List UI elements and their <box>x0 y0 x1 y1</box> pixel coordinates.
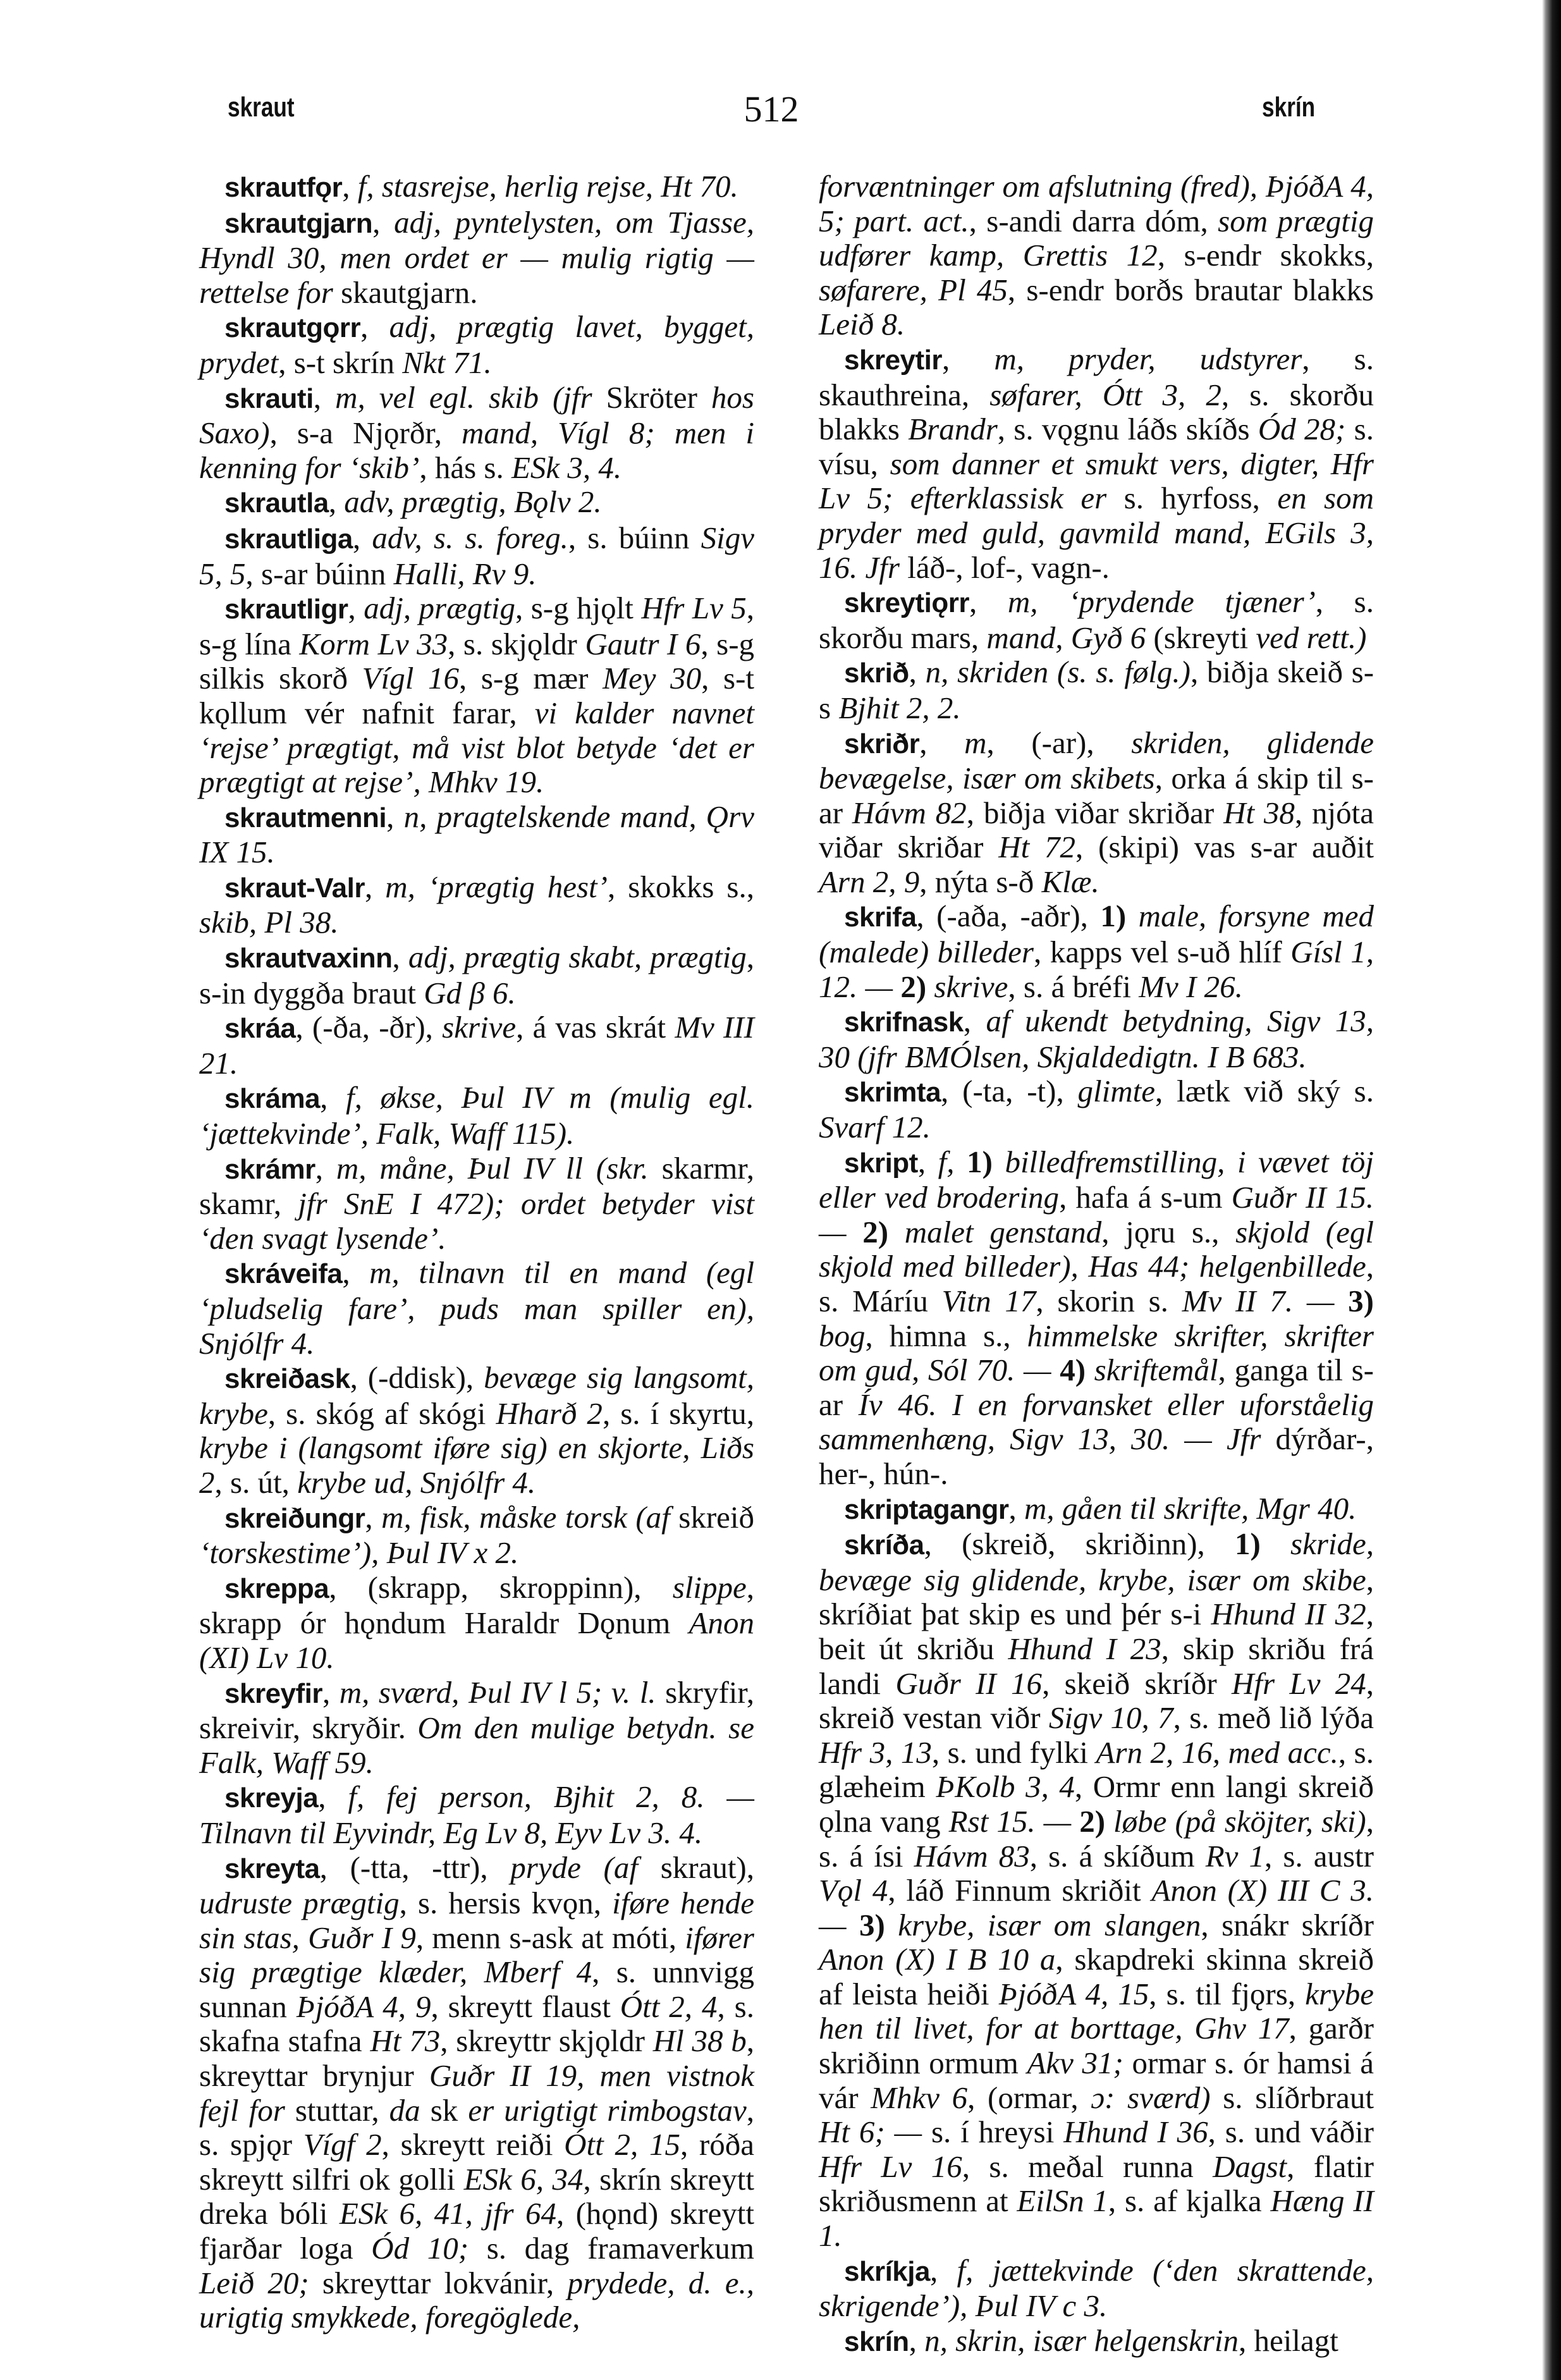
entry-italic-text: ESk 3, 4. <box>511 450 621 485</box>
entry-italic-text: Hfr Lv 24 <box>1232 1666 1366 1701</box>
entry-roman-text: s. dag framaverkum <box>468 2231 754 2266</box>
entry-roman-text: , (-ta, -t), <box>941 1074 1077 1108</box>
entry-roman-text: , s. búinn <box>568 520 701 555</box>
dictionary-page: skraut 512 skrín skrautfǫr, f, stasrejse… <box>0 0 1561 2380</box>
entry-italic-text: m, sværd, Þul IV l 5; v. l. <box>340 1675 665 1710</box>
entry-roman-text: , <box>918 1144 938 1179</box>
headword: skreiðungr <box>224 1503 365 1534</box>
entry-italic-text: m, fisk, måske torsk (af <box>381 1500 678 1535</box>
entry-roman-text: , skokks s., <box>608 869 754 904</box>
entry-roman-text: , <box>909 654 926 689</box>
dictionary-entry: skrautligr, adj, prægtig, s-g hjǫlt Hfr … <box>199 591 754 800</box>
headword: skrauti <box>224 383 314 414</box>
entry-roman-text: , (-ar), <box>987 725 1132 760</box>
entry-italic-text: bog <box>819 1318 866 1353</box>
headword: skrautgǫrr <box>224 312 360 343</box>
headword: skreyja <box>224 1782 318 1813</box>
entry-roman-text: s. hyrfoss, <box>1124 481 1278 515</box>
entry-italic-text: Hharð 2 <box>496 1396 603 1431</box>
entry-roman-text: Skröter <box>606 380 711 415</box>
entry-italic-text: Nkt 71. <box>402 345 492 380</box>
headword: skreytiǫrr <box>844 587 969 618</box>
entry-italic-text: Mhkv 6 <box>871 2080 967 2115</box>
entry-italic-text: Ótt 2, 15 <box>564 2127 680 2162</box>
dictionary-entry: skrautfǫr, f, stasrejse, herlig rejse, H… <box>199 169 754 205</box>
entry-italic-text: skib, Pl 38. <box>199 905 338 940</box>
entry-roman-text: , <box>919 725 964 760</box>
dictionary-entry: skreyfir, m, sværd, Þul IV l 5; v. l. sk… <box>199 1676 754 1781</box>
entry-italic-text: Ht 72 <box>998 830 1075 864</box>
headword: skrín <box>844 2326 909 2357</box>
entry-italic-text: Hávm 83 <box>914 1839 1030 1874</box>
entry-italic-text: glimte <box>1078 1074 1155 1108</box>
entry-roman-text: , <box>930 2253 957 2288</box>
dictionary-entry: skriptagangr, m, gåen til skrifte, Mgr 4… <box>819 1492 1374 1528</box>
entry-italic-text: n, skrin, især helgenskrin <box>924 2323 1239 2358</box>
page-number: 512 <box>228 88 1315 130</box>
headword: skreyfir <box>224 1678 322 1709</box>
sense-number: 2) <box>1079 1804 1105 1839</box>
dictionary-entry: skráa, (-ða, -ðr), skrive, á vas skrát M… <box>199 1010 754 1081</box>
dictionary-entry: skrámr, m, måne, Þul IV ll (skr. skarmr,… <box>199 1151 754 1256</box>
entry-roman-text: , (skrapp, skroppinn), <box>329 1570 672 1605</box>
entry-italic-text: ESk 6, 34 <box>464 2162 584 2197</box>
entry-roman-text: , biðja viðar skriðar <box>967 795 1223 830</box>
sense-number: 4) <box>1060 1353 1086 1387</box>
entry-roman-text: stuttar, <box>295 2093 389 2128</box>
dictionary-entry: skreyta, (-tta, -ttr), pryde (af skraut)… <box>199 1851 754 2335</box>
entry-roman-text: , láð Finnum skriðit <box>888 1873 1151 1908</box>
entry-roman-text: , (ormar, <box>967 2080 1091 2115</box>
entry-roman-text: , (-aða, -aðr), <box>916 899 1100 933</box>
entry-roman-text: , <box>342 169 358 204</box>
entry-roman-text: , á vas skrát <box>516 1010 675 1045</box>
headword: skrámr <box>224 1154 315 1185</box>
entry-italic-text: Ód 28; <box>1258 412 1345 446</box>
entry-roman-text: , s-endr borðs brautar blakks <box>1008 273 1374 307</box>
entry-roman-text: skautgjarn. <box>341 275 477 310</box>
entry-italic-text: Halli, Rv 9. <box>394 556 537 591</box>
entry-italic-text: Arn 2, 16, med acc. <box>1096 1735 1338 1770</box>
entry-italic-text: EilSn 1 <box>1017 2183 1108 2218</box>
entry-italic-text: m, gåen til skrifte, Mgr 40. <box>1024 1491 1356 1526</box>
entry-italic-text: Ód 10; <box>371 2231 468 2266</box>
entry-italic-text: søfarere, Pl 45 <box>819 273 1008 307</box>
headword: skreiðask <box>224 1363 350 1394</box>
entry-italic-text: Leið 20; <box>199 2266 309 2300</box>
dictionary-entry: skreytir, m, pryder, udstyrer, s. skauth… <box>819 342 1374 585</box>
entry-italic-text: Dagst <box>1213 2149 1287 2184</box>
entry-italic-text: da <box>389 2093 431 2128</box>
entry-roman-text: , nýta s-ð <box>919 864 1041 899</box>
entry-roman-text: , <box>909 2323 925 2358</box>
entry-italic-text: adj, prægtig <box>364 591 515 625</box>
entry-italic-text: m, ‘prægtig hest’ <box>385 869 608 904</box>
headword: skript <box>844 1148 918 1179</box>
entry-italic-text: slippe <box>673 1570 747 1605</box>
dictionary-entry: skrautliga, adv, s. s. foreg., s. búinn … <box>199 521 754 591</box>
headword: skriðr <box>844 728 919 759</box>
headword: skrautvaxinn <box>224 943 392 974</box>
sense-number: 2) <box>862 1215 888 1249</box>
entry-italic-text: Vígl 16 <box>362 661 459 696</box>
headword: skrifa <box>844 902 916 933</box>
right-guide-word: skrín <box>1262 92 1315 123</box>
dictionary-entry: skraut-Valr, m, ‘prægtig hest’, skokks s… <box>199 870 754 940</box>
entry-italic-text: Bjhit 2, 2. <box>838 690 960 725</box>
headword: skreppa <box>224 1573 329 1604</box>
entry-roman-text: , <box>964 1003 986 1038</box>
headword: skreytir <box>844 345 942 376</box>
entry-italic-text: Sigv 10, 7 <box>1049 1700 1173 1735</box>
entry-roman-text: , (skipi) vas s-ar auðit <box>1075 830 1374 864</box>
entry-roman-text: , s. af kjalka <box>1108 2183 1271 2218</box>
entry-roman-text: , <box>353 520 372 555</box>
headword: skrifnask <box>844 1007 964 1038</box>
entry-roman-text: , skeið skríðr <box>1042 1666 1232 1701</box>
entry-roman-text: láð-, lof-, vagn-. <box>907 550 1110 585</box>
sense-number: 3) <box>1348 1284 1374 1318</box>
headword: skríkja <box>844 2256 930 2287</box>
page-header: skraut 512 skrín <box>228 92 1315 142</box>
entry-italic-text: m, vel egl. skib (jfr <box>335 380 606 415</box>
entry-roman-text: , menn s-ask at móti, <box>416 1920 685 1955</box>
entry-roman-text: , skreyttr skjǫldr <box>440 2023 652 2058</box>
entry-italic-text: Ht 6; — <box>819 2114 931 2149</box>
entry-italic-text: Rv 1 <box>1206 1839 1264 1874</box>
headword: skraut-Valr <box>224 873 365 904</box>
headword: skrautmenni <box>224 802 386 833</box>
entry-italic-text: Hfr Lv 16 <box>819 2149 962 2184</box>
entry-italic-text: Klæ. <box>1042 864 1099 899</box>
entry-italic-text: ved rett.) <box>1256 620 1366 655</box>
entry-italic-text: skrive <box>926 969 1008 1004</box>
entry-roman-text: , (-tta, -ttr), <box>320 1850 511 1885</box>
entry-roman-text: , s. und fylki <box>932 1735 1096 1770</box>
entry-italic-text: Vitn 17 <box>942 1284 1036 1318</box>
entry-roman-text: , s. á skíðum <box>1030 1839 1206 1874</box>
dictionary-entry: skrautmenni, n, pragtelskende mand, Ǫrv … <box>199 800 754 870</box>
entry-italic-text: Anon (X) I B 10 a <box>819 1942 1055 1977</box>
entry-italic-text: Mv I 26. <box>1139 969 1243 1004</box>
dictionary-entry: forvæntninger om afslutning (fred), Þjóð… <box>819 169 1374 342</box>
entry-italic-text: Arn 2, 9 <box>819 864 919 899</box>
dictionary-entry: skrautgjarn, adj, pyntelysten, om Tjasse… <box>199 205 754 310</box>
entry-roman-text: , <box>322 1675 340 1710</box>
headword: skríða <box>844 1530 924 1561</box>
entry-italic-text: Guðr II 16 <box>895 1666 1042 1701</box>
entry-italic-text: Hhund II 32 <box>1211 1597 1366 1631</box>
entry-roman-text: , s. hersis kvǫn, <box>400 1886 613 1920</box>
headword: skreyta <box>224 1853 320 1884</box>
entry-italic-text: Rst 15. — <box>949 1804 1080 1839</box>
entry-italic-text: Vǫl 4 <box>819 1873 888 1908</box>
entry-italic-text: krybe ud, Snjólfr 4. <box>297 1465 536 1500</box>
entry-roman-text: , s-andi darra dóm, <box>969 204 1218 238</box>
entry-italic-text: løbe (på sköjter, ski) <box>1105 1804 1366 1839</box>
entry-italic-text: søfarer, Ótt 3, 2 <box>989 377 1221 412</box>
entry-roman-text: (skreyti <box>1153 620 1256 655</box>
entry-roman-text: , <box>329 484 345 519</box>
entry-italic-text: Hhund I 36 <box>1063 2114 1208 2149</box>
entry-italic-text: f, stasrejse, herlig rejse, Ht 70. <box>358 169 738 204</box>
dictionary-entry: skrautla, adv, prægtig, Bǫlv 2. <box>199 485 754 521</box>
entry-italic-text: Ótt 2, 4 <box>620 1989 718 2024</box>
entry-roman-text: , s. skjǫldr <box>448 627 585 661</box>
dictionary-entry: skrið, n, skriden (s. s. følg.), biðja s… <box>819 655 1374 725</box>
headword: skrautgjarn <box>224 208 372 239</box>
entry-italic-text: f, <box>938 1144 967 1179</box>
sense-number: 2) <box>900 969 926 1004</box>
headword: skrið <box>844 658 909 689</box>
entry-italic-text: m, pryder, udstyrer <box>994 341 1302 376</box>
entry-roman-text: , s. í skyrtu, <box>603 1396 754 1431</box>
entry-italic-text: Hhund I 23 <box>1008 1631 1161 1666</box>
dictionary-entry: skreyja, f, fej person, Bjhit 2, 8. — Ti… <box>199 1780 754 1850</box>
entry-roman-text: , <box>320 1080 346 1115</box>
dictionary-entry: skrifnask, af ukendt betydning, Sigv 13,… <box>819 1004 1374 1074</box>
headword: skrautla <box>224 488 329 518</box>
headword: skrimta <box>844 1077 941 1108</box>
entry-italic-text: Hl 38 b <box>653 2023 747 2058</box>
entry-italic-text: m, ‘prydende tjæner’ <box>1008 584 1316 619</box>
entry-italic-text: ÞjóðA 4, 15 <box>999 1977 1149 2011</box>
entry-roman-text: , <box>314 380 335 415</box>
entry-italic-text: ‘torskestime’), Þul IV x 2. <box>199 1535 518 1570</box>
entry-roman-text: , s. skóg af skógi <box>268 1396 496 1431</box>
entry-italic-text: Hfr 3, 13 <box>819 1735 932 1770</box>
entry-italic-text: krybe, især om slangen <box>885 1908 1201 1942</box>
dictionary-entry: skríða, (skreið, skriðinn), 1) skride, b… <box>819 1527 1374 2253</box>
dictionary-entry: skreiðask, (-ddisk), bevæge sig langsomt… <box>199 1361 754 1500</box>
entry-italic-text: udruste prægtig <box>199 1886 400 1920</box>
entry-roman-text: sk <box>431 2093 468 2128</box>
entry-roman-text: , s. meðal runna <box>962 2149 1213 2184</box>
entry-italic-text: Brandr <box>908 412 998 446</box>
entry-roman-text: , heilagt <box>1239 2323 1338 2358</box>
entry-roman-text: , s-a Njǫrðr, <box>270 415 462 450</box>
sense-number: 3) <box>859 1908 885 1942</box>
right-column: forvæntninger om afslutning (fred), Þjóð… <box>819 169 1374 2359</box>
entry-italic-text: Gautr I 6 <box>585 627 701 661</box>
entry-roman-text: , (-ða, -ðr), <box>296 1010 443 1045</box>
entry-italic-text: adj, prægtig skabt, prægtig <box>408 940 747 974</box>
dictionary-entry: skriðr, m, (-ar), skriden, glidende bevæ… <box>819 726 1374 900</box>
entry-italic-text: m, måne, Þul IV ll (skr. <box>336 1151 662 1186</box>
entry-roman-text: , (-ddisk), <box>350 1360 484 1395</box>
entry-roman-text: , jǫru s., <box>1101 1215 1235 1249</box>
entry-italic-text: ÞKolb 3, 4 <box>936 1769 1075 1804</box>
entry-italic-text: ÞjóðA 4, 9 <box>297 1989 431 2024</box>
entry-roman-text: , (skreið, skriðinn), <box>924 1526 1235 1561</box>
entry-italic-text: Leið 8. <box>819 307 905 341</box>
entry-italic-text: adv, prægtig, Bǫlv 2. <box>344 484 601 519</box>
entry-roman-text: , kapps vel s-uð hlíf <box>1034 935 1290 969</box>
entry-italic-text: Ht 73 <box>370 2023 440 2058</box>
dictionary-entry: skreytiǫrr, m, ‘prydende tjæner’, s. sko… <box>819 585 1374 655</box>
entry-italic-text: Mv II 7. — <box>1182 1284 1349 1318</box>
dictionary-entry: skrautgǫrr, adj, prægtig lavet, bygget, … <box>199 310 754 380</box>
entry-italic-text: skrive <box>442 1010 516 1045</box>
entry-roman-text: , s-ar búinn <box>246 556 394 591</box>
entry-italic-text: adv, s. s. foreg. <box>372 520 568 555</box>
entry-italic-text: Svarf 12. <box>819 1110 931 1144</box>
headword: skrautfǫr <box>224 172 342 203</box>
entry-roman-text: , <box>318 1779 348 1814</box>
entry-italic-text: m <box>964 725 986 760</box>
entry-italic-text: er urigtigt rimbogstav <box>468 2093 746 2128</box>
entry-roman-text: , s. á bréfi <box>1008 969 1139 1004</box>
dictionary-entry: skríkja, f, jættekvinde (‘den skrattende… <box>819 2254 1374 2324</box>
entry-italic-text: mand, Gyð 6 <box>986 620 1153 655</box>
entry-roman-text: , <box>969 584 1008 619</box>
entry-italic-text: pryde (af <box>510 1850 660 1885</box>
entry-italic-text: ESk 6, 41, jfr 64 <box>340 2196 556 2231</box>
entry-roman-text: , s-g hjǫlt <box>515 591 641 625</box>
entry-roman-text: , s. und váðir <box>1208 2114 1374 2149</box>
entry-roman-text: , <box>372 205 394 240</box>
sense-number: 1) <box>1235 1526 1261 1561</box>
entry-roman-text: , skreytt reiði <box>382 2127 565 2162</box>
entry-roman-text: , hás s. <box>419 450 511 485</box>
entry-roman-text: , skreytt flaust <box>431 1989 620 2024</box>
entry-italic-text: skriftemål <box>1086 1353 1218 1387</box>
entry-roman-text: , <box>386 799 403 834</box>
entry-italic-text: malet genstand <box>888 1215 1101 1249</box>
entry-roman-text: , <box>1009 1491 1025 1526</box>
entry-roman-text: , s. austr <box>1264 1839 1374 1874</box>
sense-number: 1) <box>967 1144 993 1179</box>
entry-italic-text: Ht 38 <box>1223 795 1295 830</box>
headword: skráma <box>224 1083 320 1114</box>
headword: skráa <box>224 1013 296 1044</box>
entry-italic-text: Mey 30 <box>603 661 701 696</box>
headword: skrautliga <box>224 524 353 555</box>
entry-roman-text: skraut), <box>661 1850 754 1885</box>
entry-roman-text: , <box>365 869 385 904</box>
scan-page-edge <box>1542 0 1561 2380</box>
dictionary-entry: skreppa, (skrapp, skroppinn), slippe, sk… <box>199 1571 754 1676</box>
entry-italic-text: Hávm 82 <box>852 795 967 830</box>
entry-italic-text: ɔ: sværd) <box>1091 2080 1210 2115</box>
dictionary-entry: skrautvaxinn, adj, prægtig skabt, prægti… <box>199 940 754 1010</box>
entry-roman-text: , <box>315 1151 336 1186</box>
headword: skrautligr <box>224 594 348 625</box>
entry-italic-text: Korm Lv 33 <box>299 627 448 661</box>
entry-roman-text: , skorin s. <box>1036 1284 1182 1318</box>
dictionary-entry: skreiðungr, m, fisk, måske torsk (af skr… <box>199 1500 754 1571</box>
entry-roman-text: , <box>342 1255 369 1290</box>
left-column: skrautfǫr, f, stasrejse, herlig rejse, H… <box>199 169 754 2335</box>
dictionary-entry: skript, f, 1) billedfremstilling, i væve… <box>819 1145 1374 1492</box>
entry-roman-text: , <box>392 940 408 974</box>
entry-roman-text: , <box>942 341 994 376</box>
entry-roman-text: , <box>360 309 389 344</box>
entry-roman-text: , himna s., <box>866 1318 1027 1353</box>
entry-italic-text: Vígf 2 <box>303 2127 382 2162</box>
entry-italic-text: Akv 31; <box>1027 2046 1123 2080</box>
entry-roman-text: , <box>365 1500 381 1535</box>
entry-roman-text: , snákr skríðr <box>1201 1908 1374 1942</box>
entry-roman-text: , s. vǫgnu láðs skíðs <box>998 412 1258 446</box>
entry-roman-text: skreyttar lokvánir, <box>309 2266 568 2300</box>
dictionary-entry: skráma, f, økse, Þul IV m (mulig egl. ‘j… <box>199 1081 754 1151</box>
entry-roman-text: , s. með lið lýða <box>1173 1700 1374 1735</box>
entry-roman-text: , s-t skrín <box>278 345 402 380</box>
entry-roman-text: , s. út, <box>215 1465 298 1500</box>
entry-roman-text: , lætk við ský s. <box>1155 1074 1374 1108</box>
entry-italic-text: n, skriden (s. s. følg.) <box>926 654 1191 689</box>
entry-roman-text: , s-endr skokks, <box>1158 238 1374 273</box>
entry-italic-text: Hfr Lv 5 <box>641 591 746 625</box>
sense-number: 1) <box>1100 899 1126 933</box>
dictionary-entry: skrimta, (-ta, -t), glimte, lætk við ský… <box>819 1074 1374 1144</box>
entry-roman-text: s. í hreysi <box>931 2114 1063 2149</box>
entry-roman-text: , <box>348 591 364 625</box>
entry-roman-text: , s-g mær <box>459 661 603 696</box>
dictionary-entry: skrín, n, skrin, især helgenskrin, heila… <box>819 2324 1374 2360</box>
dictionary-entry: skrifa, (-aða, -aðr), 1) male, forsyne m… <box>819 899 1374 1004</box>
entry-roman-text: , s. til fjǫrs, <box>1149 1977 1305 2011</box>
entry-roman-text: skreið <box>678 1500 754 1535</box>
entry-italic-text: Gd β 6. <box>424 976 516 1010</box>
entry-roman-text: , hafa á s-um <box>1059 1180 1232 1215</box>
headword: skriptagangr <box>844 1494 1009 1525</box>
headword: skráveifa <box>224 1258 342 1289</box>
dictionary-entry: skrauti, m, vel egl. skib (jfr Skröter h… <box>199 381 754 486</box>
entry-roman-text: s. slíðrbraut <box>1211 2080 1374 2115</box>
dictionary-entry: skráveifa, m, tilnavn til en mand (egl ‘… <box>199 1256 754 1361</box>
